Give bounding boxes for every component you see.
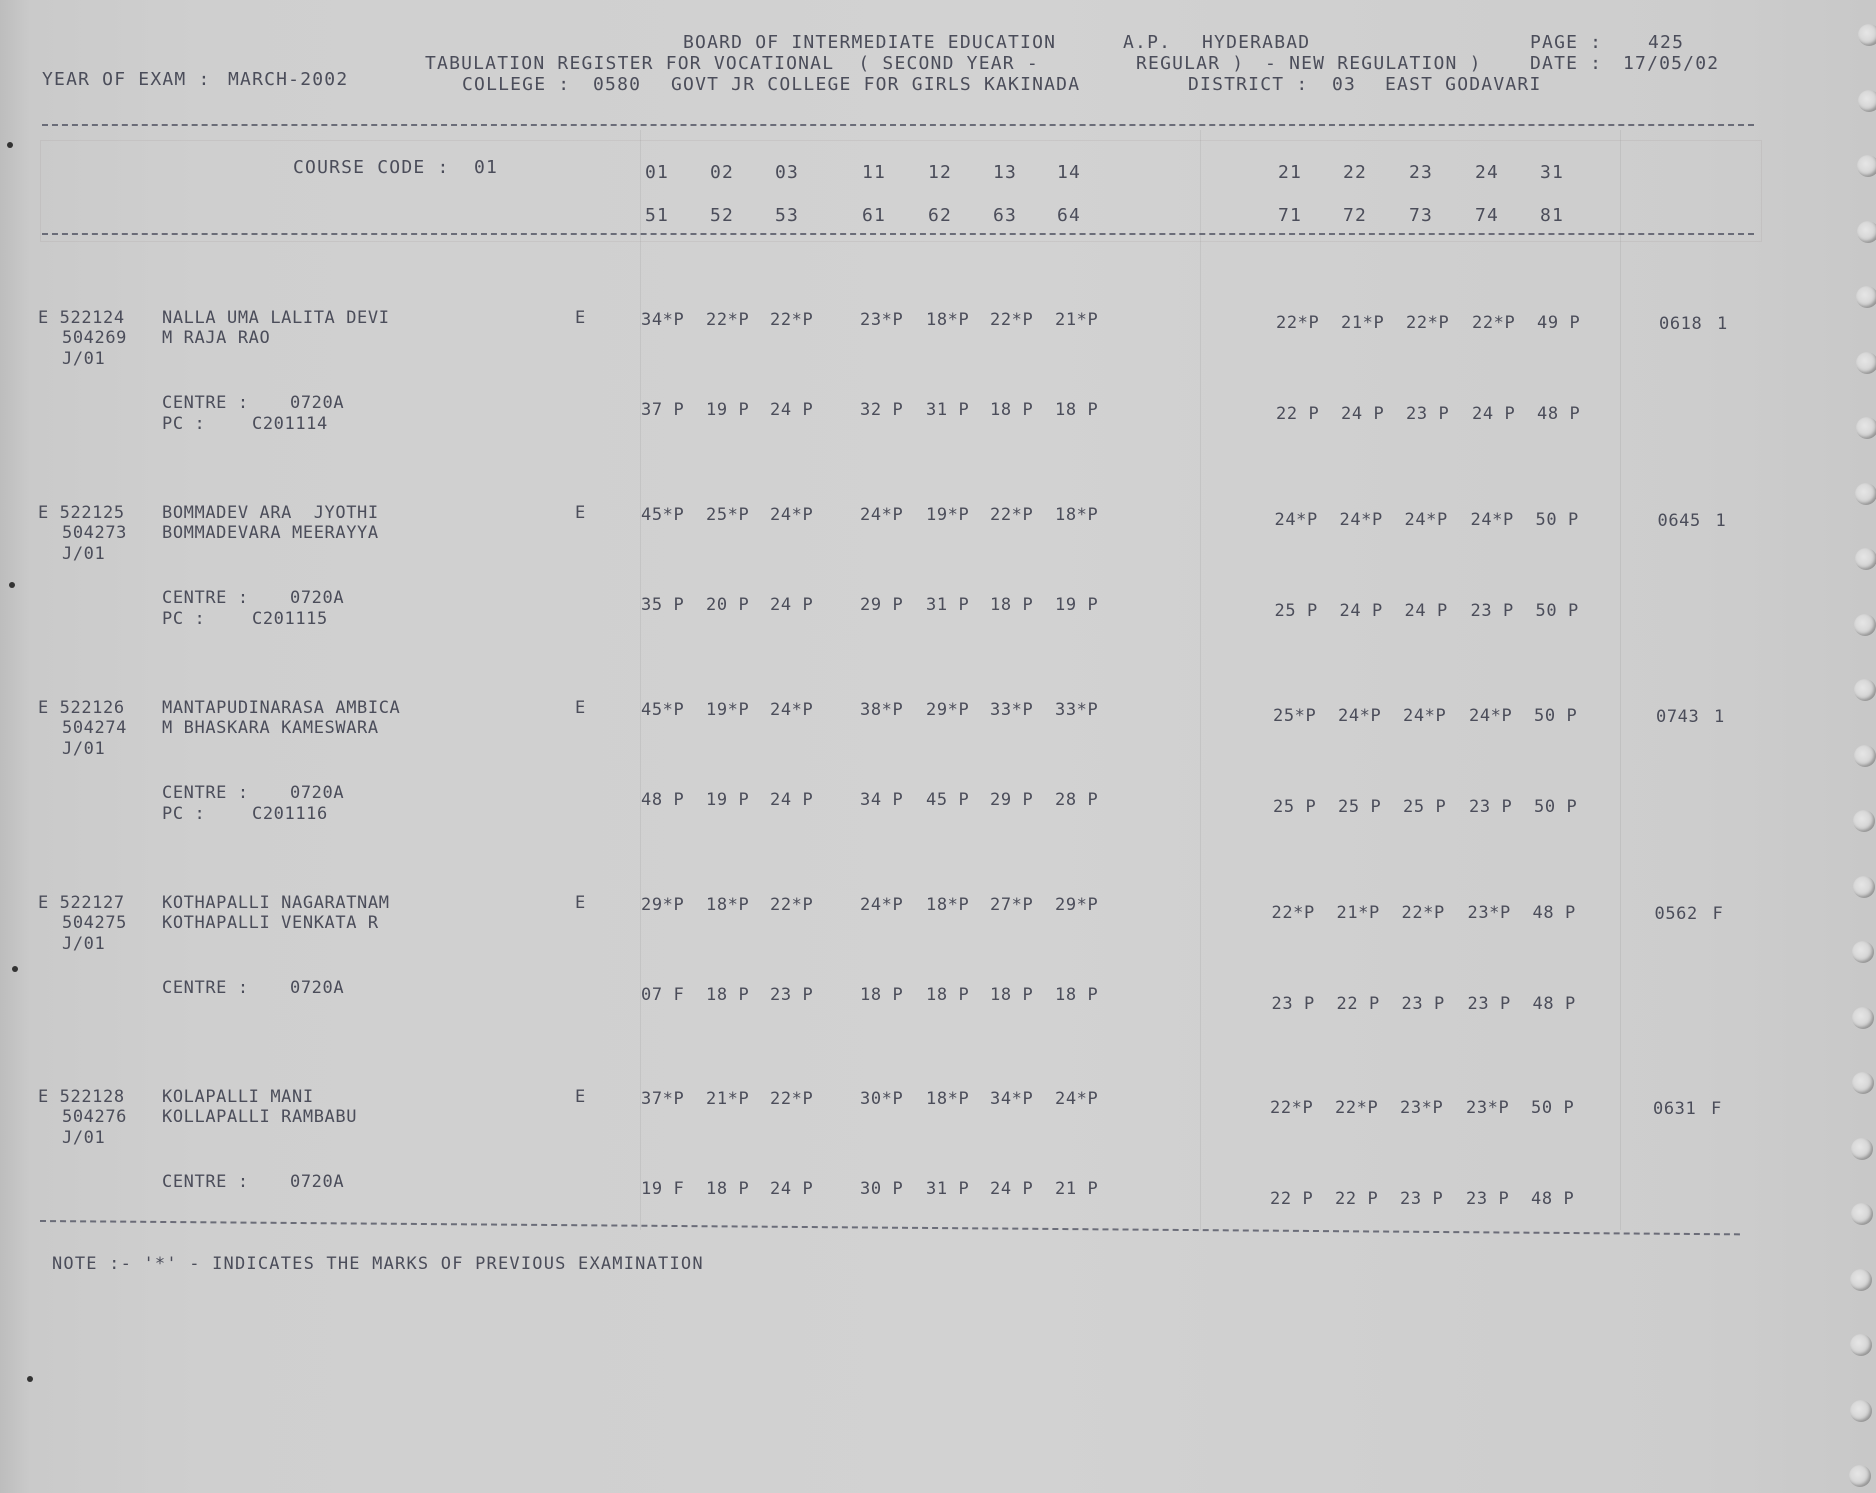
marks-previous: 23 P xyxy=(1402,994,1445,1014)
marks-previous: 22 P xyxy=(1270,1189,1313,1209)
pc-label: PC : xyxy=(162,609,205,629)
group-code: J/01 xyxy=(62,739,105,759)
register-title: TABULATION REGISTER FOR VOCATIONAL ( SEC… xyxy=(425,54,1039,74)
marks-current: 18*P xyxy=(926,1089,969,1109)
marks-previous: 25 P xyxy=(1403,797,1446,817)
student-name: MANTAPUDINARASA AMBICA xyxy=(162,698,400,718)
marks-previous: 19 P xyxy=(706,790,749,810)
binder-hole-icon xyxy=(1858,24,1876,46)
marks-previous: 22 P xyxy=(1276,404,1319,424)
marks-previous: 25 P xyxy=(1273,797,1316,817)
marks-current: 49 P xyxy=(1537,313,1580,333)
medium: E xyxy=(575,698,586,718)
binder-hole-icon xyxy=(1852,1007,1874,1029)
registration-number: 504275 xyxy=(62,913,127,933)
marks-previous: 24 P xyxy=(1340,601,1383,621)
marks-current: 23*P xyxy=(860,310,903,330)
marks-previous: 18 P xyxy=(1055,985,1098,1005)
page-label: PAGE : xyxy=(1530,33,1602,53)
marks-current: 22*P xyxy=(1402,903,1445,923)
show-through-line xyxy=(1620,130,1621,1230)
group-code: J/01 xyxy=(62,544,105,564)
subject-code: 21 xyxy=(1278,163,1302,183)
marks-current: 23*P xyxy=(1400,1098,1443,1118)
marks-current: 22*P xyxy=(1472,313,1515,333)
marks-previous: 35 P xyxy=(641,595,684,615)
marks-previous: 19 P xyxy=(706,400,749,420)
marks-current: 29*P xyxy=(641,895,684,915)
marks-current: 22*P xyxy=(1276,313,1319,333)
total-marks: 0631 xyxy=(1653,1099,1696,1119)
centre-label: CENTRE : xyxy=(162,588,249,608)
medium: E xyxy=(575,1087,586,1107)
marks-previous: 24 P xyxy=(990,1179,1033,1199)
group-code: J/01 xyxy=(62,1128,105,1148)
subject-code: 14 xyxy=(1057,163,1081,183)
pc-label: PC : xyxy=(162,804,205,824)
subject-code: 11 xyxy=(862,163,886,183)
marks-previous: 32 P xyxy=(860,400,903,420)
page-number: 425 xyxy=(1648,33,1684,53)
centre-label: CENTRE : xyxy=(162,393,249,413)
marks-current: 50 P xyxy=(1531,1098,1574,1118)
marks-previous: 18 P xyxy=(860,985,903,1005)
marks-previous: 50 P xyxy=(1536,601,1579,621)
binder-hole-icon xyxy=(1858,90,1876,112)
result-division: 1 xyxy=(1717,314,1728,334)
marks-previous: 21 P xyxy=(1055,1179,1098,1199)
binder-hole-icon xyxy=(1853,876,1875,898)
result-division: F xyxy=(1711,1099,1722,1119)
centre-label: CENTRE : xyxy=(162,978,249,998)
marks-previous: 31 P xyxy=(926,1179,969,1199)
subject-code: 53 xyxy=(775,206,799,226)
marks-previous: 23 P xyxy=(1406,404,1449,424)
subject-code: 81 xyxy=(1540,206,1564,226)
marks-current: 18*P xyxy=(926,895,969,915)
marks-current: 24*P xyxy=(1055,1089,1098,1109)
regular: REGULAR ) xyxy=(1136,54,1244,74)
subject-code: 72 xyxy=(1343,206,1367,226)
total-marks: 0618 xyxy=(1659,314,1702,334)
show-through-line xyxy=(640,130,641,1230)
subject-code: 03 xyxy=(775,163,799,183)
marks-current: 48 P xyxy=(1533,903,1576,923)
marks-previous: 25 P xyxy=(1275,601,1318,621)
marks-previous: 25 P xyxy=(1338,797,1381,817)
pc-code: C201114 xyxy=(252,414,328,434)
district-code: 03 xyxy=(1332,75,1356,95)
hall-ticket-number: E 522127 xyxy=(38,893,125,913)
father-name: KOLLAPALLI RAMBABU xyxy=(162,1107,357,1127)
centre-code: 0720A xyxy=(290,1172,344,1192)
marks-current: 24*P xyxy=(770,505,813,525)
marks-previous: 28 P xyxy=(1055,790,1098,810)
footer-note: NOTE :- '*' - INDICATES THE MARKS OF PRE… xyxy=(52,1254,704,1274)
marks-current: 50 P xyxy=(1534,706,1577,726)
marks-current: 21*P xyxy=(1055,310,1098,330)
punch-mark xyxy=(7,142,13,148)
marks-current: 22*P xyxy=(1406,313,1449,333)
marks-previous: 23 P xyxy=(1400,1189,1443,1209)
marks-current: 27*P xyxy=(990,895,1033,915)
marks-previous: 48 P xyxy=(1533,994,1576,1014)
marks-current: 45*P xyxy=(641,505,684,525)
marks-current: 23*P xyxy=(1466,1098,1509,1118)
marks-previous: 18 P xyxy=(990,985,1033,1005)
centre-code: 0720A xyxy=(290,978,344,998)
marks-previous: 23 P xyxy=(1468,994,1511,1014)
marks-previous: 18 P xyxy=(1055,400,1098,420)
total-marks: 0645 xyxy=(1658,511,1701,531)
subject-code: 62 xyxy=(928,206,952,226)
district-name: EAST GODAVARI xyxy=(1385,75,1541,95)
marks-current: 18*P xyxy=(926,310,969,330)
subject-code: 23 xyxy=(1409,163,1433,183)
pc-code: C201115 xyxy=(252,609,328,629)
subject-code: 61 xyxy=(862,206,886,226)
student-name: KOLAPALLI MANI xyxy=(162,1087,314,1107)
punch-mark xyxy=(12,966,18,972)
marks-previous: 48 P xyxy=(1537,404,1580,424)
total-marks: 0743 xyxy=(1656,707,1699,727)
college-name: GOVT JR COLLEGE FOR GIRLS KAKINADA xyxy=(671,75,1080,95)
binder-hole-icon xyxy=(1856,417,1876,439)
binder-hole-icon xyxy=(1857,155,1876,177)
marks-current: 24*P xyxy=(1340,510,1383,530)
father-name: BOMMADEVARA MEERAYYA xyxy=(162,523,379,543)
subject-code: 64 xyxy=(1057,206,1081,226)
subject-code: 63 xyxy=(993,206,1017,226)
marks-current: 22*P xyxy=(770,1089,813,1109)
medium: E xyxy=(575,308,586,328)
centre-label: CENTRE : xyxy=(162,783,249,803)
marks-current: 22*P xyxy=(770,310,813,330)
separator-bottom xyxy=(40,1220,1740,1235)
marks-current: 22*P xyxy=(706,310,749,330)
binder-hole-icon xyxy=(1854,679,1876,701)
marks-current: 21*P xyxy=(706,1089,749,1109)
marks-previous: 29 P xyxy=(990,790,1033,810)
marks-previous: 18 P xyxy=(706,985,749,1005)
hall-ticket-number: E 522128 xyxy=(38,1087,125,1107)
father-name: M RAJA RAO xyxy=(162,328,270,348)
marks-previous: 22 P xyxy=(1337,994,1380,1014)
separator-top xyxy=(42,124,1754,126)
marks-current: 34*P xyxy=(990,1089,1033,1109)
marks-previous: 23 P xyxy=(1466,1189,1509,1209)
marks-current: 22*P xyxy=(770,895,813,915)
course-code-label: COURSE CODE : xyxy=(293,158,449,178)
marks-previous: 24 P xyxy=(770,790,813,810)
pc-label: PC : xyxy=(162,414,205,434)
marks-previous: 18 P xyxy=(990,595,1033,615)
marks-previous: 24 P xyxy=(1405,601,1448,621)
marks-current: 23*P xyxy=(1468,903,1511,923)
marks-previous: 45 P xyxy=(926,790,969,810)
marks-current: 33*P xyxy=(1055,700,1098,720)
marks-previous: 23 P xyxy=(1272,994,1315,1014)
marks-previous: 18 P xyxy=(926,985,969,1005)
marks-previous: 18 P xyxy=(990,400,1033,420)
binder-hole-icon xyxy=(1851,1203,1873,1225)
marks-current: 21*P xyxy=(1337,903,1380,923)
marks-current: 22*P xyxy=(990,310,1033,330)
total-marks: 0562 xyxy=(1655,904,1698,924)
binder-hole-icon xyxy=(1854,614,1876,636)
marks-current: 24*P xyxy=(860,895,903,915)
subject-code: 13 xyxy=(993,163,1017,183)
marks-previous: 07 F xyxy=(641,985,684,1005)
hall-ticket-number: E 522124 xyxy=(38,308,125,328)
marks-previous: 31 P xyxy=(926,400,969,420)
subject-code: 12 xyxy=(928,163,952,183)
marks-current: 24*P xyxy=(1338,706,1381,726)
punch-mark xyxy=(27,1376,33,1382)
marks-current: 38*P xyxy=(860,700,903,720)
marks-previous: 37 P xyxy=(641,400,684,420)
marks-current: 25*P xyxy=(1273,706,1316,726)
marks-current: 18*P xyxy=(1055,505,1098,525)
result-division: 1 xyxy=(1716,511,1727,531)
marks-current: 24*P xyxy=(770,700,813,720)
marks-previous: 29 P xyxy=(860,595,903,615)
marks-previous: 19 F xyxy=(641,1179,684,1199)
registration-number: 504269 xyxy=(62,328,127,348)
show-through-box xyxy=(40,140,1762,242)
subject-code: 22 xyxy=(1343,163,1367,183)
district-label: DISTRICT : xyxy=(1188,75,1308,95)
student-name: BOMMADEV ARA JYOTHI xyxy=(162,503,379,523)
result-division: F xyxy=(1713,904,1724,924)
date-label: DATE : xyxy=(1530,54,1602,74)
marks-previous: 48 P xyxy=(641,790,684,810)
marks-current: 34*P xyxy=(641,310,684,330)
binder-hole-icon xyxy=(1857,221,1876,243)
marks-previous: 23 P xyxy=(1471,601,1514,621)
binder-hole-icon xyxy=(1850,1334,1872,1356)
marks-current: 22*P xyxy=(1270,1098,1313,1118)
marks-current: 33*P xyxy=(990,700,1033,720)
state: A.P. xyxy=(1123,33,1171,53)
subject-code: 73 xyxy=(1409,206,1433,226)
subject-code: 02 xyxy=(710,163,734,183)
medium: E xyxy=(575,893,586,913)
binder-hole-icon xyxy=(1850,1269,1872,1291)
separator-header xyxy=(42,233,1754,235)
student-name: KOTHAPALLI NAGARATNAM xyxy=(162,893,390,913)
binder-hole-icon xyxy=(1855,548,1876,570)
year-value: MARCH-2002 xyxy=(228,70,348,90)
binder-hole-icon xyxy=(1853,810,1875,832)
subject-code: 71 xyxy=(1278,206,1302,226)
medium: E xyxy=(575,503,586,523)
regulation: - NEW REGULATION ) xyxy=(1265,54,1482,74)
binder-hole-icon xyxy=(1856,286,1876,308)
city: HYDERABAD xyxy=(1202,33,1310,53)
marks-current: 21*P xyxy=(1341,313,1384,333)
marks-previous: 23 P xyxy=(770,985,813,1005)
centre-code: 0720A xyxy=(290,393,344,413)
registration-number: 504274 xyxy=(62,718,127,738)
registration-number: 504273 xyxy=(62,523,127,543)
marks-current: 19*P xyxy=(706,700,749,720)
marks-previous: 24 P xyxy=(1341,404,1384,424)
marks-previous: 24 P xyxy=(770,1179,813,1199)
registration-number: 504276 xyxy=(62,1107,127,1127)
binder-hole-icon xyxy=(1854,745,1876,767)
marks-current: 29*P xyxy=(1055,895,1098,915)
group-code: J/01 xyxy=(62,349,105,369)
centre-label: CENTRE : xyxy=(162,1172,249,1192)
binder-hole-icon xyxy=(1856,352,1876,374)
course-code: 01 xyxy=(474,158,498,178)
year-label: YEAR OF EXAM : xyxy=(42,70,211,90)
binder-hole-icon xyxy=(1855,483,1876,505)
binder-hole-icon xyxy=(1852,1072,1874,1094)
student-name: NALLA UMA LALITA DEVI xyxy=(162,308,390,328)
marks-previous: 50 P xyxy=(1534,797,1577,817)
marks-previous: 23 P xyxy=(1469,797,1512,817)
group-code: J/01 xyxy=(62,934,105,954)
marks-current: 24*P xyxy=(1275,510,1318,530)
marks-previous: 24 P xyxy=(770,400,813,420)
show-through-line xyxy=(1200,130,1201,1230)
marks-current: 24*P xyxy=(1469,706,1512,726)
centre-code: 0720A xyxy=(290,588,344,608)
marks-previous: 31 P xyxy=(926,595,969,615)
binder-hole-icon xyxy=(1850,1400,1872,1422)
binder-hole-icon xyxy=(1851,1138,1873,1160)
punch-mark xyxy=(9,582,15,588)
binder-hole-icon xyxy=(1849,1465,1871,1487)
marks-previous: 30 P xyxy=(860,1179,903,1199)
marks-current: 37*P xyxy=(641,1089,684,1109)
board-title: BOARD OF INTERMEDIATE EDUCATION xyxy=(683,33,1056,53)
marks-current: 24*P xyxy=(1405,510,1448,530)
college-code: 0580 xyxy=(593,75,641,95)
marks-previous: 48 P xyxy=(1531,1189,1574,1209)
marks-current: 22*P xyxy=(990,505,1033,525)
marks-current: 25*P xyxy=(706,505,749,525)
marks-previous: 18 P xyxy=(706,1179,749,1199)
marks-current: 24*P xyxy=(1471,510,1514,530)
marks-current: 24*P xyxy=(1403,706,1446,726)
marks-previous: 20 P xyxy=(706,595,749,615)
subject-code: 52 xyxy=(710,206,734,226)
marks-previous: 34 P xyxy=(860,790,903,810)
marks-current: 22*P xyxy=(1272,903,1315,923)
marks-current: 45*P xyxy=(641,700,684,720)
marks-current: 22*P xyxy=(1335,1098,1378,1118)
marks-previous: 24 P xyxy=(770,595,813,615)
marks-current: 18*P xyxy=(706,895,749,915)
subject-code: 31 xyxy=(1540,163,1564,183)
father-name: KOTHAPALLI VENKATA R xyxy=(162,913,379,933)
father-name: M BHASKARA KAMESWARA xyxy=(162,718,379,738)
pc-code: C201116 xyxy=(252,804,328,824)
subject-code: 24 xyxy=(1475,163,1499,183)
subject-code: 01 xyxy=(645,163,669,183)
marks-current: 24*P xyxy=(860,505,903,525)
marks-current: 30*P xyxy=(860,1089,903,1109)
binder-hole-icon xyxy=(1852,941,1874,963)
marks-current: 50 P xyxy=(1536,510,1579,530)
date-value: 17/05/02 xyxy=(1623,54,1719,74)
marks-previous: 19 P xyxy=(1055,595,1098,615)
subject-code: 74 xyxy=(1475,206,1499,226)
marks-current: 29*P xyxy=(926,700,969,720)
result-division: 1 xyxy=(1714,707,1725,727)
college-label: COLLEGE : xyxy=(462,75,570,95)
marks-current: 19*P xyxy=(926,505,969,525)
marks-previous: 24 P xyxy=(1472,404,1515,424)
hall-ticket-number: E 522125 xyxy=(38,503,125,523)
centre-code: 0720A xyxy=(290,783,344,803)
subject-code: 51 xyxy=(645,206,669,226)
marks-previous: 22 P xyxy=(1335,1189,1378,1209)
hall-ticket-number: E 522126 xyxy=(38,698,125,718)
